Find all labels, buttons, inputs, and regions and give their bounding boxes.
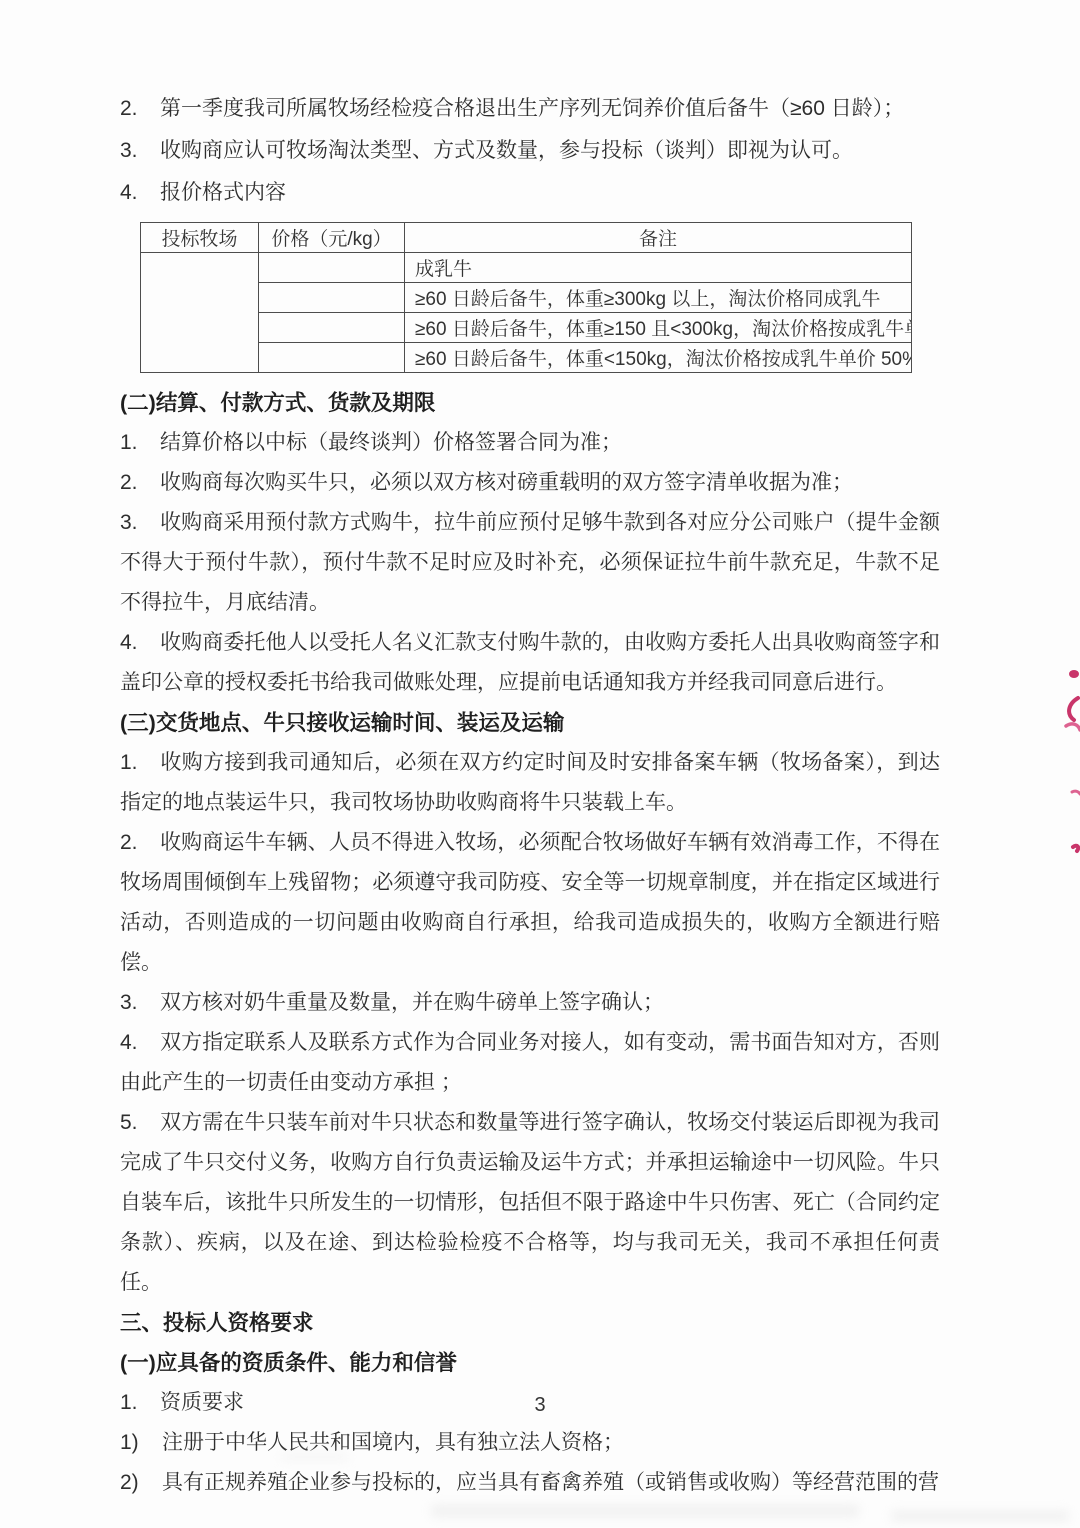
item-text: 具有正规养殖企业参与投标的，应当具有畜禽养殖（或销售或收购）等经营范围的营 — [162, 1471, 939, 1494]
item-text: 双方需在牛只装车前对牛只状态和数量等进行签字确认，牧场交付装运后即视为我司完成了… — [120, 1111, 940, 1294]
item-text: 注册于中华人民共和国境内，具有独立法人资格； — [162, 1431, 624, 1454]
table-cell-farm-merged — [141, 253, 259, 373]
paragraph: 2.收购商运牛车辆、人员不得进入牧场，必须配合牧场做好车辆有效消毒工作，不得在牧… — [120, 823, 940, 983]
table-cell-note-3: ≥60 日龄后备牛，体重<150kg，淘汰价格按成乳牛单价 50%。 — [405, 343, 912, 373]
ink-dot-small — [1073, 846, 1078, 851]
item-text: 收购商委托他人以受托人名义汇款支付购牛款的，由收购方委托人出具收购商签字和盖印公… — [120, 631, 940, 694]
pink-ink-marks — [1052, 618, 1080, 878]
ink-squiggle — [1069, 698, 1078, 720]
table-header-price: 价格（元/kg） — [259, 223, 405, 253]
ink-arc — [1066, 724, 1080, 730]
paragraph: 1.结算价格以中标（最终谈判）价格签署合同为准； — [120, 423, 940, 463]
item-number: 3. — [120, 503, 160, 543]
ink-dash — [1072, 791, 1080, 794]
item-number: 1) — [120, 1423, 162, 1463]
paragraph: 4.收购商委托他人以受托人名义汇款支付购牛款的，由收购方委托人出具收购商签字和盖… — [120, 623, 940, 703]
item-number: 2. — [120, 463, 160, 503]
paragraph: 3.双方核对奶牛重量及数量，并在购牛磅单上签字确认； — [120, 983, 940, 1023]
table-header-note: 备注 — [405, 223, 912, 253]
scan-smudge — [280, 1452, 350, 1462]
item-text: 报价格式内容 — [160, 181, 286, 204]
scan-smudge — [430, 1504, 860, 1518]
section-heading-settlement: (二)结算、付款方式、货款及期限 — [120, 383, 940, 423]
item-text: 收购商每次购买牛只，必须以双方核对磅重载明的双方签字清单收据为准； — [160, 471, 853, 494]
page-number: 3 — [0, 1394, 1080, 1417]
table-cell-price-1 — [259, 283, 405, 313]
item-text: 双方核对奶牛重量及数量，并在购牛磅单上签字确认； — [160, 991, 664, 1014]
table-cell-price-0 — [259, 253, 405, 283]
quote-format-table: 投标牧场 价格（元/kg） 备注 成乳牛 ≥60 日龄后备牛，体重≥300kg … — [140, 222, 912, 373]
section-heading-delivery: (三)交货地点、牛只接收运输时间、装运及运输 — [120, 703, 940, 743]
paragraph: 4.双方指定联系人及联系方式作为合同业务对接人，如有变动，需书面告知对方，否则由… — [120, 1023, 940, 1103]
ink-dot — [1069, 670, 1079, 678]
table-cell-note-0: 成乳牛 — [405, 253, 912, 283]
scan-smudge — [890, 1510, 1070, 1522]
paragraph: 3.收购商采用预付款方式购牛，拉牛前应预付足够牛款到各对应分公司账户（提牛金额不… — [120, 503, 940, 623]
intro-item: 4.报价格式内容 — [120, 172, 940, 214]
table-row: 成乳牛 — [141, 253, 912, 283]
item-text: 第一季度我司所属牧场经检疫合格退出生产序列无饲养价值后备牛（≥60 日龄）； — [160, 97, 904, 120]
item-number: 2. — [120, 823, 160, 863]
paragraph: 5.双方需在牛只装车前对牛只状态和数量等进行签字确认，牧场交付装运后即视为我司完… — [120, 1103, 940, 1303]
table-cell-note-1: ≥60 日龄后备牛，体重≥300kg 以上，淘汰价格同成乳牛 — [405, 283, 912, 313]
intro-list: 2.第一季度我司所属牧场经检疫合格退出生产序列无饲养价值后备牛（≥60 日龄）；… — [120, 88, 940, 214]
paragraph: 2.收购商每次购买牛只，必须以双方核对磅重载明的双方签字清单收据为准； — [120, 463, 940, 503]
paragraph: 1)注册于中华人民共和国境内，具有独立法人资格； — [120, 1423, 940, 1463]
item-text: 收购商运牛车辆、人员不得进入牧场，必须配合牧场做好车辆有效消毒工作，不得在牧场周… — [120, 831, 940, 974]
item-number: 4. — [120, 1023, 160, 1063]
document-content: 2.第一季度我司所属牧场经检疫合格退出生产序列无饲养价值后备牛（≥60 日龄）；… — [120, 88, 940, 1503]
table-header-row: 投标牧场 价格（元/kg） 备注 — [141, 223, 912, 253]
item-text: 双方指定联系人及联系方式作为合同业务对接人，如有变动，需书面告知对方，否则由此产… — [120, 1031, 940, 1094]
intro-item: 2.第一季度我司所属牧场经检疫合格退出生产序列无饲养价值后备牛（≥60 日龄）； — [120, 88, 940, 130]
table-header-farm: 投标牧场 — [141, 223, 259, 253]
section-heading-qualification-conditions: (一)应具备的资质条件、能力和信誉 — [120, 1343, 940, 1383]
paragraph: 2)具有正规养殖企业参与投标的，应当具有畜禽养殖（或销售或收购）等经营范围的营 — [120, 1463, 940, 1503]
item-text: 结算价格以中标（最终谈判）价格签署合同为准； — [160, 431, 622, 454]
item-number: 4. — [120, 172, 160, 214]
item-number: 3. — [120, 130, 160, 172]
item-text: 收购商采用预付款方式购牛，拉牛前应预付足够牛款到各对应分公司账户（提牛金额不得大… — [120, 511, 940, 614]
item-number: 1. — [120, 423, 160, 463]
item-text: 收购方接到我司通知后，必须在双方约定时间及时安排备案车辆（牧场备案），到达指定的… — [120, 751, 940, 814]
item-number: 5. — [120, 1103, 160, 1143]
table-cell-price-3 — [259, 343, 405, 373]
table-cell-note-2: ≥60 日龄后备牛，体重≥150 且<300kg，淘汰价格按成乳牛单价 70%。 — [405, 313, 912, 343]
item-number: 2) — [120, 1463, 162, 1503]
scanned-document-page: 2.第一季度我司所属牧场经检疫合格退出生产序列无饲养价值后备牛（≥60 日龄）；… — [0, 0, 1080, 1528]
item-text: 收购商应认可牧场淘汰类型、方式及数量，参与投标（谈判）即视为认可。 — [160, 139, 853, 162]
intro-item: 3.收购商应认可牧场淘汰类型、方式及数量，参与投标（谈判）即视为认可。 — [120, 130, 940, 172]
table-cell-price-2 — [259, 313, 405, 343]
paragraph: 1.收购方接到我司通知后，必须在双方约定时间及时安排备案车辆（牧场备案），到达指… — [120, 743, 940, 823]
section-heading-bidder-qualification: 三、投标人资格要求 — [120, 1303, 940, 1343]
item-number: 1. — [120, 743, 160, 783]
item-number: 2. — [120, 88, 160, 130]
item-number: 3. — [120, 983, 160, 1023]
item-number: 4. — [120, 623, 160, 663]
